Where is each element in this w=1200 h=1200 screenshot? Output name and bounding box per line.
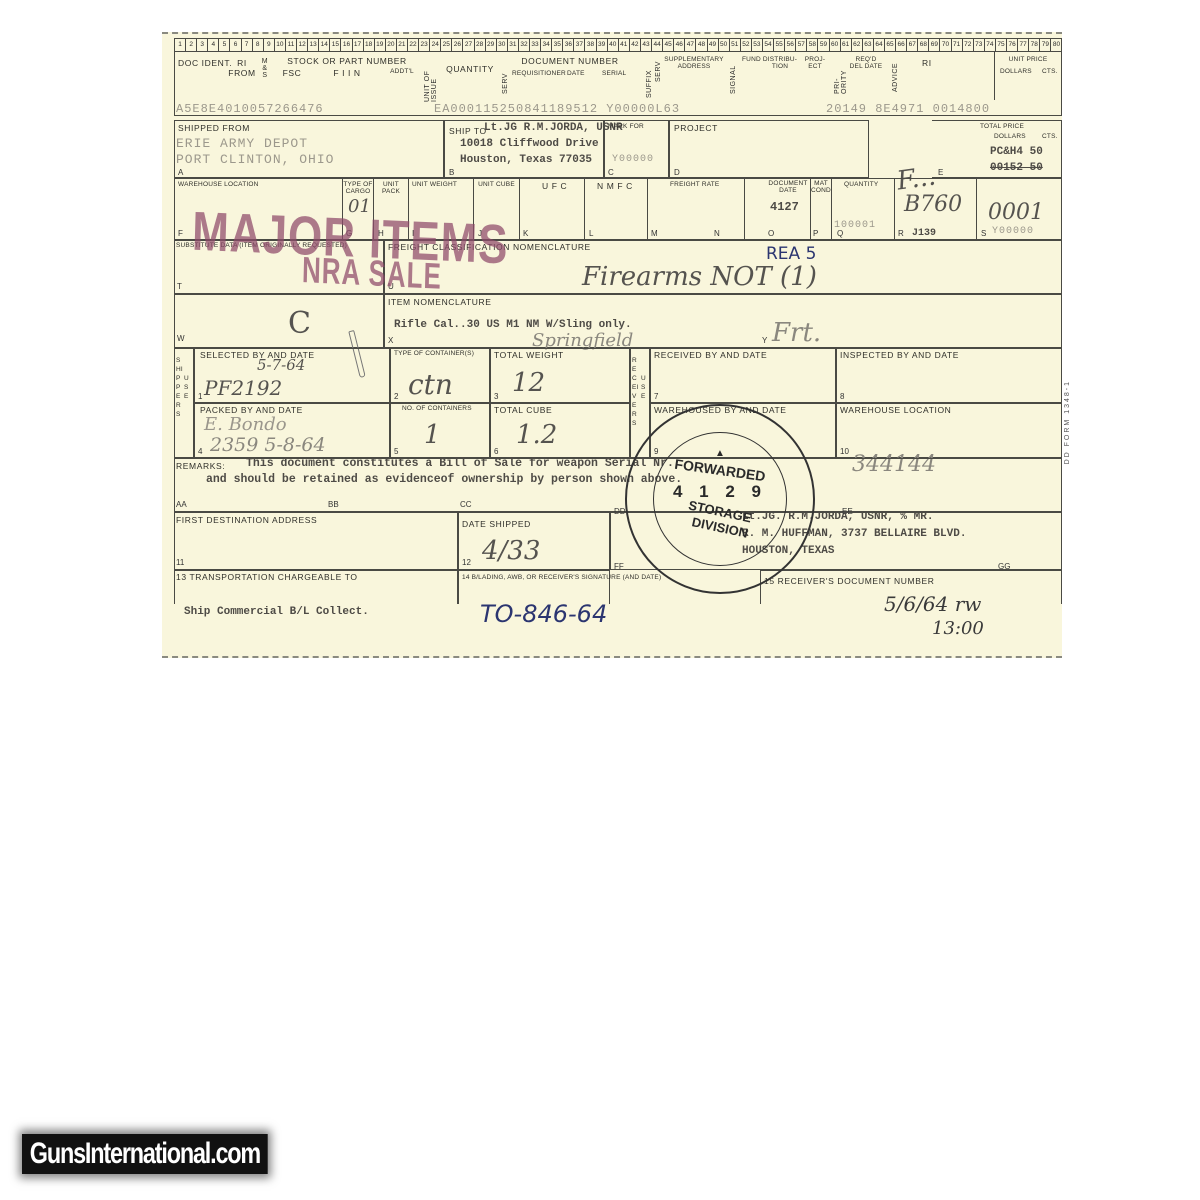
reqd-del-date-label: REQ'D DEL DATE — [848, 56, 884, 70]
total-cube-value: 1.2 — [516, 420, 557, 450]
shipped-from-label: SHIPPED FROM — [178, 123, 250, 133]
card-column-number: 46 — [674, 39, 685, 51]
card-column-number: 39 — [597, 39, 608, 51]
shippers-use-label: USE — [184, 374, 192, 401]
field-7-num: 7 — [654, 392, 658, 401]
box-m-letter: M — [651, 229, 658, 238]
advice-label: ADVICE — [892, 58, 899, 92]
freight-annotation: REA 5 — [766, 244, 816, 264]
card-column-number: 13 — [308, 39, 319, 51]
field-3-num: 3 — [494, 392, 498, 401]
date-label: DATE — [567, 70, 585, 77]
card-column-number: 72 — [963, 39, 974, 51]
remarks-label: REMARKS: — [176, 461, 225, 471]
receivers-doc-value2: 13:00 — [932, 618, 984, 639]
card-column-number: 12 — [297, 39, 308, 51]
card-column-number: 79 — [1040, 39, 1051, 51]
fund-label: FUND — [742, 56, 761, 63]
bill-of-lading-value: TO-846-64 — [480, 600, 607, 628]
card-column-number: 19 — [375, 39, 386, 51]
box-o-letter: O — [768, 229, 774, 238]
field-10-num: 10 — [840, 447, 849, 456]
card-column-number: 32 — [519, 39, 530, 51]
card-column-number: 64 — [874, 39, 885, 51]
card-column-number: 51 — [730, 39, 741, 51]
total-price-value1: PC&H4 50 — [990, 146, 1043, 158]
receivers-side-label: RECEIVERS — [632, 356, 640, 428]
nra-sale-stamp: NRA SALE — [302, 248, 443, 298]
card-column-number: 68 — [918, 39, 929, 51]
card-column-number: 35 — [552, 39, 563, 51]
card-column-number: 36 — [563, 39, 574, 51]
box-b-letter: B — [449, 168, 454, 177]
card-column-number: 76 — [1007, 39, 1018, 51]
card-column-number: 26 — [452, 39, 463, 51]
card-column-number: 80 — [1051, 39, 1061, 51]
type-of-containers-value: ctn — [408, 368, 453, 401]
project-label: PROJECT — [674, 123, 718, 133]
unit-price-cts-label: CTS. — [1042, 68, 1058, 75]
forwarded-stamp: ▲ FORWARDED 4 1 2 9 STORAGE DIVISION — [625, 404, 815, 594]
inspected-by-label: INSPECTED BY AND DATE — [840, 350, 959, 360]
box-cc-letter: CC — [460, 500, 472, 509]
card-column-number: 47 — [685, 39, 696, 51]
box-x-letter: X — [388, 336, 393, 345]
card-data-right: 20149 8E4971 0014800 — [826, 102, 990, 116]
box-p-letter: P — [813, 229, 818, 238]
card-column-number: 2 — [186, 39, 197, 51]
supplementary-address-label: SUPPLEMENTARY ADDRESS — [664, 56, 724, 70]
card-column-number: 22 — [408, 39, 419, 51]
card-column-number: 53 — [752, 39, 763, 51]
card-column-number: 10 — [275, 39, 286, 51]
ufc-label: U F C — [542, 181, 567, 191]
date-shipped-label: DATE SHIPPED — [462, 519, 531, 529]
first-destination-label: FIRST DESTINATION ADDRESS — [176, 515, 317, 525]
box-d-letter: D — [674, 168, 680, 177]
card-column-number: 60 — [830, 39, 841, 51]
card-column-number: 65 — [885, 39, 896, 51]
bill-of-lading-label: 14 B/LADING, AWB, OR RECEIVER'S SIGNATUR… — [462, 574, 661, 581]
card-column-number: 16 — [341, 39, 352, 51]
transportation-value: Ship Commercial B/L Collect. — [184, 606, 369, 618]
box-r-handwritten: B760 — [904, 192, 962, 217]
box-t-letter: T — [177, 282, 182, 291]
shippers-side-label: SHIPPERS — [176, 356, 184, 419]
mat-cond-label: MAT COND — [810, 180, 832, 194]
m-and-s-label: M & S — [259, 58, 271, 79]
quantity-2-label: QUANTITY — [844, 181, 878, 188]
addtl-label: ADDT'L — [382, 68, 422, 75]
card-column-number: 69 — [929, 39, 940, 51]
serv-2-label: SERV — [655, 58, 662, 82]
quantity-label: QUANTITY — [442, 64, 498, 74]
card-column-number: 7 — [242, 39, 253, 51]
field-11-num: 11 — [176, 558, 184, 567]
gunsinternational-logo: GunsInternational.com — [22, 1134, 268, 1174]
date-shipped-value: 4/33 — [482, 536, 540, 566]
unit-weight-label: UNIT WEIGHT — [412, 181, 457, 188]
selected-by-date: 5-7-64 — [257, 356, 305, 374]
box-l-letter: L — [589, 229, 593, 238]
priority-label: PRI- ORITY — [834, 60, 848, 94]
type-of-cargo-label: TYPE OF CARGO — [342, 181, 374, 195]
card-column-number: 30 — [497, 39, 508, 51]
card-column-number: 66 — [896, 39, 907, 51]
ship-to-label: SHIP TO — [449, 126, 487, 136]
card-column-number: 15 — [330, 39, 341, 51]
box-s-letter: S — [981, 229, 986, 238]
total-cube-label: TOTAL CUBE — [494, 405, 552, 415]
unit-cube-label: UNIT CUBE — [474, 181, 519, 188]
remarks-line1: This document constitutes a Bill of Sale… — [246, 457, 674, 470]
box-w-letter: W — [177, 334, 185, 343]
ship-to-line2: 10018 Cliffwood Drive — [460, 138, 599, 150]
card-column-number: 63 — [863, 39, 874, 51]
unit-of-issue-label: UNIT OF ISSUE — [424, 58, 438, 102]
card-column-number: 27 — [463, 39, 474, 51]
card-column-number: 17 — [353, 39, 364, 51]
total-price-value2: 00152 50 — [990, 162, 1043, 174]
card-column-number: 78 — [1029, 39, 1040, 51]
field-12-num: 12 — [462, 558, 471, 567]
box-n-letter: N — [714, 229, 720, 238]
card-column-number: 50 — [719, 39, 730, 51]
distribution-label: DISTRIBU- TION — [762, 56, 798, 70]
card-column-number: 14 — [319, 39, 330, 51]
box-a-letter: A — [178, 168, 183, 177]
shipping-document: 1234567891011121314151617181920212223242… — [162, 32, 1062, 658]
box-r-letter: R — [898, 229, 904, 238]
freight-rate-label: FREIGHT RATE — [670, 181, 719, 188]
stock-part-number-label: STOCK OR PART NUMBER — [272, 56, 422, 66]
card-column-number: 45 — [663, 39, 674, 51]
card-column-number: 49 — [708, 39, 719, 51]
remarks-line2: and should be retained as evidenceof own… — [206, 473, 682, 486]
receivers-use-label: USE — [641, 374, 649, 401]
card-column-number: 71 — [952, 39, 963, 51]
packed-by-name: E. Bondo — [204, 414, 287, 435]
card-column-number: 43 — [641, 39, 652, 51]
receivers-doc-label: 15 RECEIVER'S DOCUMENT NUMBER — [764, 576, 934, 586]
packed-by-value: 2359 5-8-64 — [210, 434, 326, 456]
card-column-number: 40 — [608, 39, 619, 51]
doc-ident-label: DOC IDENT. — [178, 58, 226, 68]
total-price-label: TOTAL PRICE — [942, 123, 1062, 130]
box-f-letter: F — [178, 229, 183, 238]
selected-by-value: PF2192 — [204, 376, 282, 400]
box-y-letter: Y — [762, 336, 767, 345]
shipped-from-line2: PORT CLINTON, OHIO — [176, 152, 334, 167]
card-column-number: 48 — [696, 39, 707, 51]
card-column-number: 42 — [630, 39, 641, 51]
project-code-label: PROJ- ECT — [800, 56, 830, 70]
card-column-number: 28 — [475, 39, 486, 51]
shipped-from-line1: ERIE ARMY DEPOT — [176, 136, 308, 151]
unit-pack-label: UNIT PACK — [374, 181, 408, 195]
card-column-number: 25 — [441, 39, 452, 51]
field-4-num: 4 — [198, 447, 202, 456]
card-column-number: 21 — [397, 39, 408, 51]
card-column-number: 3 — [197, 39, 208, 51]
ri-label: RI — [922, 58, 932, 68]
signal-label: SIGNAL — [730, 58, 737, 94]
card-column-number: 20 — [386, 39, 397, 51]
no-of-containers-value: 1 — [424, 420, 441, 450]
form-number-side: DD FORM 1348-1 — [1064, 380, 1071, 464]
card-column-number: 23 — [419, 39, 430, 51]
requisitioner-label: REQUISITIONER — [512, 70, 566, 77]
card-data-left: A5E8E4010057266476 — [176, 102, 324, 116]
card-column-number: 9 — [264, 39, 275, 51]
card-column-number: 75 — [996, 39, 1007, 51]
type-of-containers-label: TYPE OF CONTAINER(S) — [394, 350, 474, 357]
box-w-handwritten: C — [288, 306, 311, 341]
card-column-number: 31 — [508, 39, 519, 51]
card-column-number: 70 — [940, 39, 951, 51]
transportation-label: 13 TRANSPORTATION CHARGEABLE TO — [176, 572, 358, 582]
card-column-number: 55 — [774, 39, 785, 51]
card-column-number: 37 — [574, 39, 585, 51]
suffix-label: SUFFIX — [646, 58, 653, 98]
field-5-num: 5 — [394, 447, 398, 456]
box-bb-letter: BB — [328, 500, 339, 509]
document-date-value: 4127 — [770, 200, 799, 214]
nmfc-label: N M F C — [597, 181, 633, 191]
card-column-number: 18 — [364, 39, 375, 51]
mark-for-label: MARK FOR — [608, 123, 644, 130]
serv-label: SERV — [502, 70, 509, 94]
ship-to-line3: Houston, Texas 77035 — [460, 154, 592, 166]
card-column-number: 1 — [175, 39, 186, 51]
box-q-letter: Q — [837, 229, 843, 238]
document-date-label: DOCUMENT DATE — [766, 180, 810, 194]
mark-for-value: Y00000 — [612, 154, 654, 165]
freight-classification-handwritten: Firearms NOT (1) — [582, 262, 817, 292]
box-aa-letter: AA — [176, 500, 187, 509]
card-column-number: 8 — [253, 39, 264, 51]
card-column-number: 74 — [985, 39, 996, 51]
box-k-letter: K — [523, 229, 528, 238]
received-by-label: RECEIVED BY AND DATE — [654, 350, 767, 360]
card-column-number: 67 — [907, 39, 918, 51]
total-price-dollars-label: DOLLARS — [994, 133, 1026, 140]
box-c-letter: C — [608, 168, 614, 177]
box-r-typed: J139 — [912, 228, 936, 239]
card-column-number: 34 — [541, 39, 552, 51]
document-number-label: DOCUMENT NUMBER — [500, 56, 640, 66]
fiin-label: F I I N — [312, 68, 382, 78]
card-column-number: 56 — [785, 39, 796, 51]
card-column-number: 41 — [619, 39, 630, 51]
card-column-number: 6 — [230, 39, 241, 51]
card-column-number: 58 — [807, 39, 818, 51]
card-column-number: 5 — [219, 39, 230, 51]
field-8-num: 8 — [840, 392, 844, 401]
warehouse-location-2-label: WAREHOUSE LOCATION — [840, 405, 951, 415]
field-6-num: 6 — [494, 447, 498, 456]
no-of-containers-label: NO. OF CONTAINERS — [402, 405, 472, 412]
field-2-num: 2 — [394, 392, 398, 401]
card-column-number: 29 — [486, 39, 497, 51]
field-1-num: 1 — [198, 392, 202, 401]
card-column-number: 59 — [818, 39, 829, 51]
total-price-cts-label: CTS. — [1042, 133, 1058, 140]
ri-from-label: RI FROM — [226, 58, 258, 78]
card-column-number: 54 — [763, 39, 774, 51]
card-data-mid: EA000115250841189512 Y00000L63 — [434, 102, 680, 116]
receivers-doc-value1: 5/6/64 rw — [884, 592, 981, 616]
card-column-number: 77 — [1018, 39, 1029, 51]
card-column-number: 73 — [974, 39, 985, 51]
warehouse-location-label: WAREHOUSE LOCATION — [178, 181, 259, 188]
card-column-number: 11 — [286, 39, 297, 51]
card-column-number: 62 — [852, 39, 863, 51]
unit-price-dollars-label: DOLLARS — [1000, 68, 1032, 75]
box-y-handwritten: Frt. — [772, 318, 821, 348]
unit-price-label: UNIT PRICE — [994, 56, 1062, 63]
total-weight-value: 12 — [512, 368, 545, 398]
card-column-number: 4 — [208, 39, 219, 51]
total-weight-label: TOTAL WEIGHT — [494, 350, 564, 360]
card-column-number: 57 — [796, 39, 807, 51]
box-e-letter: E — [938, 168, 943, 177]
serial-label: SERIAL — [602, 70, 626, 77]
fsc-label: FSC — [272, 68, 312, 78]
card-column-number: 24 — [430, 39, 441, 51]
card-column-number: 61 — [841, 39, 852, 51]
card-column-number: 38 — [585, 39, 596, 51]
box-s-typed: Y00000 — [992, 226, 1034, 237]
ship-to-line1: Lt.JG R.M.JORDA, USNR — [484, 122, 623, 134]
card-column-number: 52 — [741, 39, 752, 51]
card-column-number: 44 — [652, 39, 663, 51]
box-s-handwritten: 0001 — [988, 200, 1044, 225]
card-column-number: 33 — [530, 39, 541, 51]
card-column-numbers: 1234567891011121314151617181920212223242… — [174, 38, 1062, 52]
